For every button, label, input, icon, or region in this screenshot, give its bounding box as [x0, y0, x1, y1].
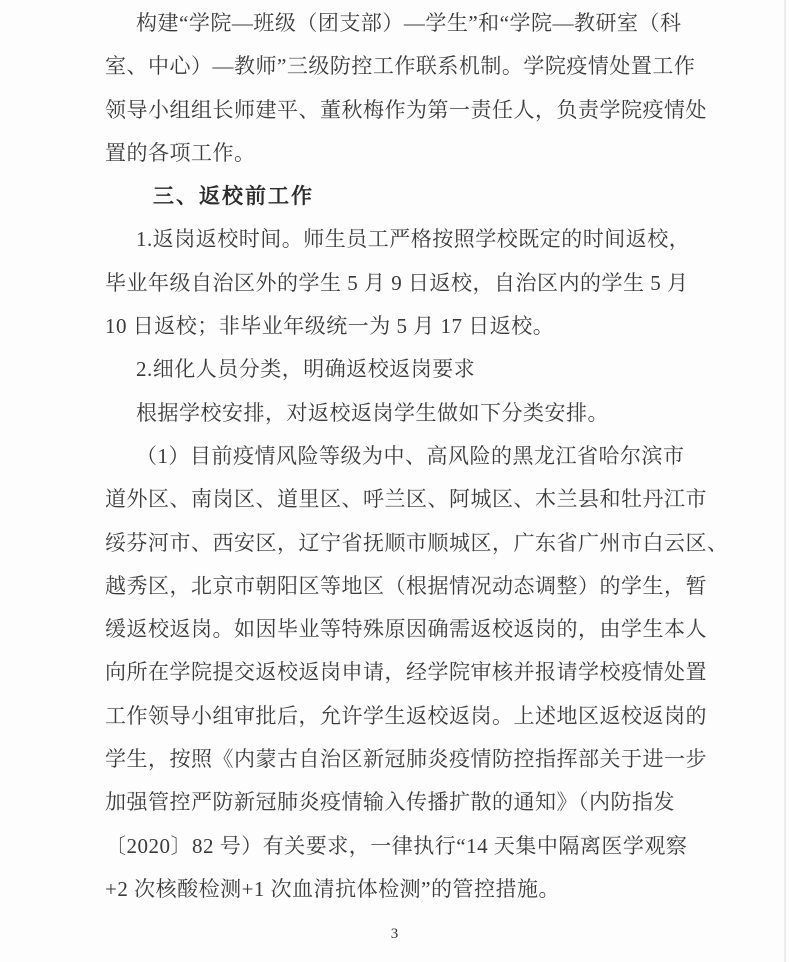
- doc-line: 1.返岗返校时间。师生员工严格按照学校既定的时间返校，: [105, 218, 705, 261]
- doc-line: 毕业年级自治区外的学生 5 月 9 日返校，自治区内的学生 5 月: [105, 262, 705, 305]
- doc-line: 越秀区，北京市朝阳区等地区（根据情况动态调整）的学生，暂: [105, 565, 705, 608]
- doc-line: 领导小组组长师建平、董秋梅作为第一责任人，负责学院疫情处: [105, 89, 705, 132]
- doc-line: 绥芬河市、西安区，辽宁省抚顺市顺城区，广东省广州市白云区、: [105, 522, 705, 565]
- doc-line: 工作领导小组审批后，允许学生返校返岗。上述地区返校返岗的: [105, 695, 705, 738]
- doc-line: +2 次核酸检测+1 次血清抗体检测”的管控措施。: [105, 868, 705, 911]
- doc-line: 向所在学院提交返校返岗申请，经学院审核并报请学校疫情处置: [105, 651, 705, 694]
- doc-line: 10 日返校；非毕业年级统一为 5 月 17 日返校。: [105, 305, 705, 348]
- doc-line: 根据学校安排，对返校返岗学生做如下分类安排。: [105, 392, 705, 435]
- doc-line: 缓返校返岗。如因毕业等特殊原因确需返校返岗的，由学生本人: [105, 608, 705, 651]
- doc-line: 2.细化人员分类，明确返校返岗要求: [105, 348, 705, 391]
- scan-edge-artifact: [784, 0, 786, 962]
- doc-line: 置的各项工作。: [105, 132, 705, 175]
- document-page: 构建“学院—班级（团支部）—学生”和“学院—教研室（科 室、中心）—教师”三级防…: [0, 0, 789, 962]
- document-text-block: 构建“学院—班级（团支部）—学生”和“学院—教研室（科 室、中心）—教师”三级防…: [105, 2, 705, 911]
- section-heading: 三、返校前工作: [105, 175, 705, 218]
- doc-line: 学生，按照《内蒙古自治区新冠肺炎疫情防控指挥部关于进一步: [105, 738, 705, 781]
- doc-line: 室、中心）—教师”三级防控工作联系机制。学院疫情处置工作: [105, 45, 705, 88]
- doc-line: 道外区、南岗区、道里区、呼兰区、阿城区、木兰县和牡丹江市: [105, 478, 705, 521]
- doc-line: （1）目前疫情风险等级为中、高风险的黑龙江省哈尔滨市: [105, 435, 705, 478]
- doc-line: 加强管控严防新冠肺炎疫情输入传播扩散的通知》（内防指发: [105, 781, 705, 824]
- doc-line: 构建“学院—班级（团支部）—学生”和“学院—教研室（科: [105, 2, 705, 45]
- page-number: 3: [0, 926, 789, 943]
- doc-line: 〔2020〕82 号）有关要求，一律执行“14 天集中隔离医学观察: [105, 825, 705, 868]
